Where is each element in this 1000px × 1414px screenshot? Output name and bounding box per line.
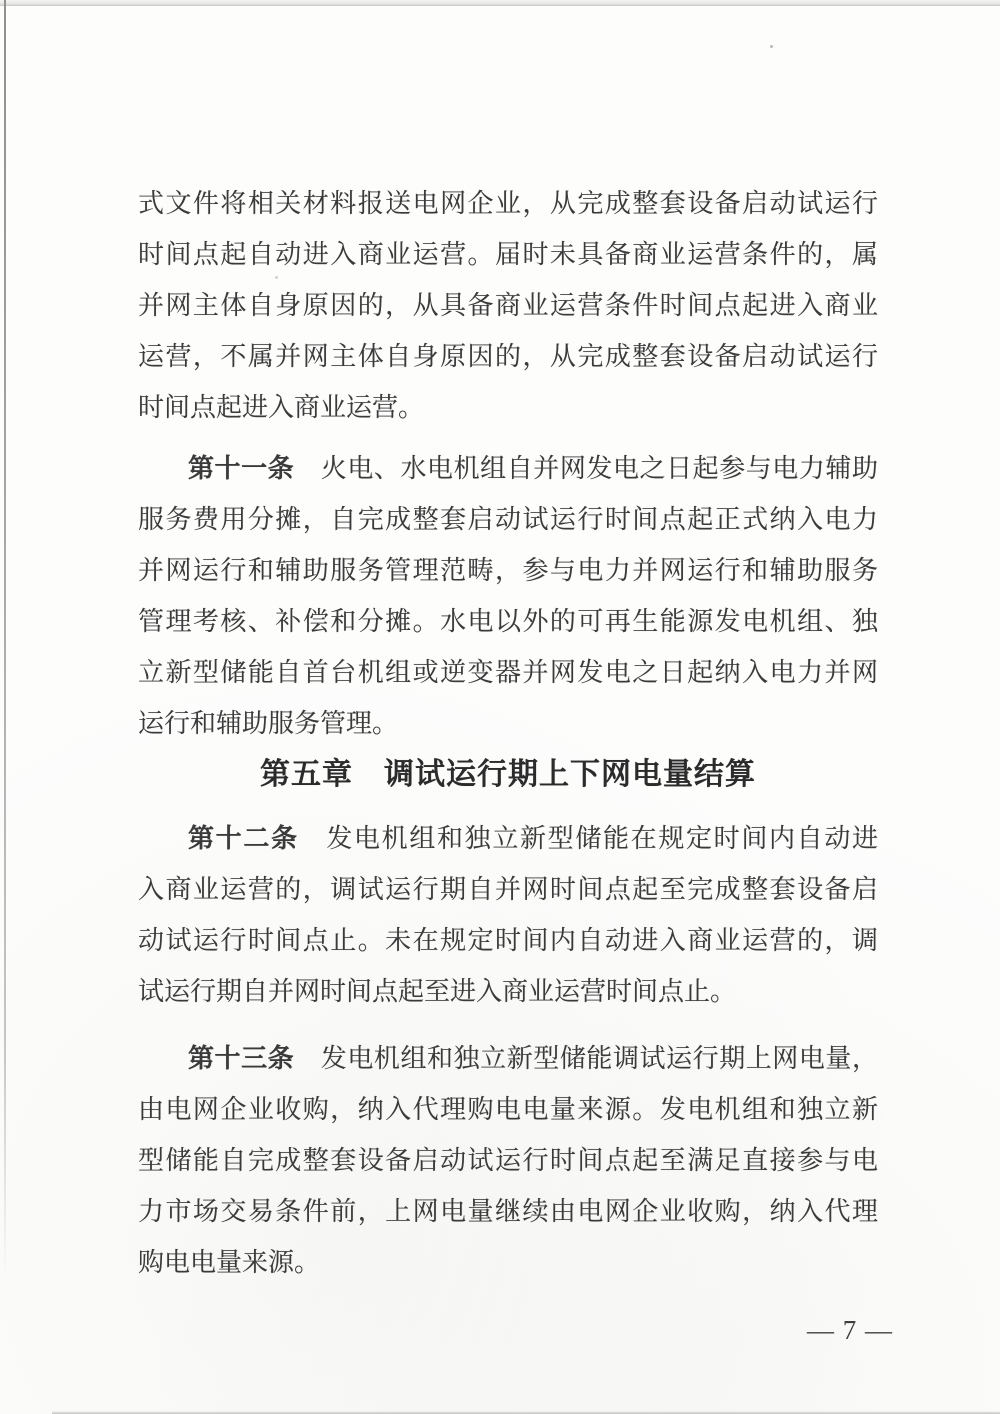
scan-speck — [770, 45, 773, 48]
scan-left-edge — [4, 0, 6, 1280]
page-number: — 7 — — [798, 1310, 902, 1350]
text-line: 动试运行时间点止。未在规定时间内自动进入商业运营的，调 — [138, 915, 878, 966]
text-line: 服务费用分摊，自完成整套启动试运行时间点起正式纳入电力 — [138, 494, 878, 545]
text-line: 购电电量来源。 — [138, 1237, 878, 1288]
document-body: 式文件将相关材料报送电网企业，从完成整套设备启动试运行时间点起自动进入商业运营。… — [138, 178, 878, 1288]
text-line: 第十三条 发电机组和独立新型储能调试运行期上网电量， — [138, 1033, 878, 1084]
article-11-paragraph: 第十一条 火电、水电机组自并网发电之日起参与电力辅助服务费用分摊，自完成整套启动… — [138, 443, 878, 749]
text-line: 管理考核、补偿和分摊。水电以外的可再生能源发电机组、独 — [138, 596, 878, 647]
text-line: 第十一条 火电、水电机组自并网发电之日起参与电力辅助 — [138, 443, 878, 494]
text-line: 试运行期自并网时间点起至进入商业运营时间点止。 — [138, 966, 878, 1017]
paragraph-continuation: 式文件将相关材料报送电网企业，从完成整套设备启动试运行时间点起自动进入商业运营。… — [138, 178, 878, 433]
scan-top-edge — [0, 0, 1000, 6]
article-13-paragraph: 第十三条 发电机组和独立新型储能调试运行期上网电量，由电网企业收购，纳入代理购电… — [138, 1033, 878, 1288]
text-line: 型储能自完成整套设备启动试运行时间点起至满足直接参与电 — [138, 1135, 878, 1186]
article-number: 第十二条 — [188, 824, 299, 853]
text-line: 时间点起自动进入商业运营。届时未具备商业运营条件的，属 — [138, 229, 878, 280]
text-line: 时间点起进入商业运营。 — [138, 382, 878, 433]
text-line: 运行和辅助服务管理。 — [138, 698, 878, 749]
text-line: 并网主体自身原因的，从具备商业运营条件时间点起进入商业 — [138, 280, 878, 331]
text-line: 并网运行和辅助服务管理范畴，参与电力并网运行和辅助服务 — [138, 545, 878, 596]
article-number: 第十一条 — [188, 454, 294, 483]
article-number: 第十三条 — [188, 1044, 294, 1073]
text-line: 运营，不属并网主体自身原因的，从完成整套设备启动试运行 — [138, 331, 878, 382]
text-line: 第十二条 发电机组和独立新型储能在规定时间内自动进 — [138, 813, 878, 864]
text-line: 式文件将相关材料报送电网企业，从完成整套设备启动试运行 — [138, 178, 878, 229]
chapter-heading: 第五章 调试运行期上下网电量结算 — [138, 749, 878, 800]
text-line: 由电网企业收购，纳入代理购电电量来源。发电机组和独立新 — [138, 1084, 878, 1135]
text-line: 入商业运营的，调试运行期自并网时间点起至完成整套设备启 — [138, 864, 878, 915]
article-12-paragraph: 第十二条 发电机组和独立新型储能在规定时间内自动进入商业运营的，调试运行期自并网… — [138, 813, 878, 1017]
scanned-page: 式文件将相关材料报送电网企业，从完成整套设备启动试运行时间点起自动进入商业运营。… — [0, 0, 1000, 1414]
text-line: 立新型储能自首台机组或逆变器并网发电之日起纳入电力并网 — [138, 647, 878, 698]
text-line: 力市场交易条件前，上网电量继续由电网企业收购，纳入代理 — [138, 1186, 878, 1237]
